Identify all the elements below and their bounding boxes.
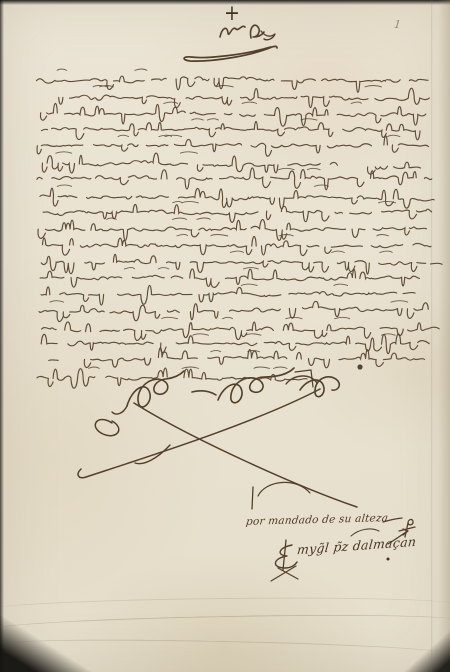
handwritten-text-line [37,168,432,190]
handwritten-text-line [42,121,421,139]
handwritten-text-line [43,205,432,223]
manuscript-page: + 1 [0,0,450,672]
handwritten-text-line [40,269,419,288]
royal-signature [78,368,357,507]
handwritten-text-line [37,136,428,156]
subscription-paraphs [252,482,415,537]
abbreviation-marks [57,185,329,187]
abbreviation-marks [278,168,320,170]
handwritten-text-line [42,153,420,174]
handwritten-text-line [41,103,426,126]
abbreviation-marks [230,251,393,253]
abbreviation-marks [106,218,210,220]
handwritten-text-line [37,76,428,92]
abbreviation-marks [88,367,287,369]
abbreviation-marks [118,135,401,137]
registry-monogram [184,25,277,61]
handwritten-text-line [42,322,440,341]
ink-blot [357,364,362,369]
abbreviation-marks [93,86,382,88]
handwritten-text-line [39,301,428,321]
abbreviation-marks [210,350,260,352]
abbreviation-marks [55,152,197,154]
handwritten-text-line [41,285,415,305]
handwritten-text-line [41,334,429,354]
body-text-handwriting [37,69,443,388]
abbreviation-marks [161,317,350,319]
abbreviation-marks [57,69,148,71]
handwriting-ink-layer [0,0,450,672]
abbreviation-marks [241,284,348,286]
abbreviation-marks [163,102,361,104]
handwritten-text-line [49,348,425,368]
handwritten-text-line [41,254,442,274]
handwritten-text-line [40,188,434,209]
handwritten-text-line [43,237,431,256]
abbreviation-marks [191,119,317,121]
handwritten-text-line [59,88,430,107]
